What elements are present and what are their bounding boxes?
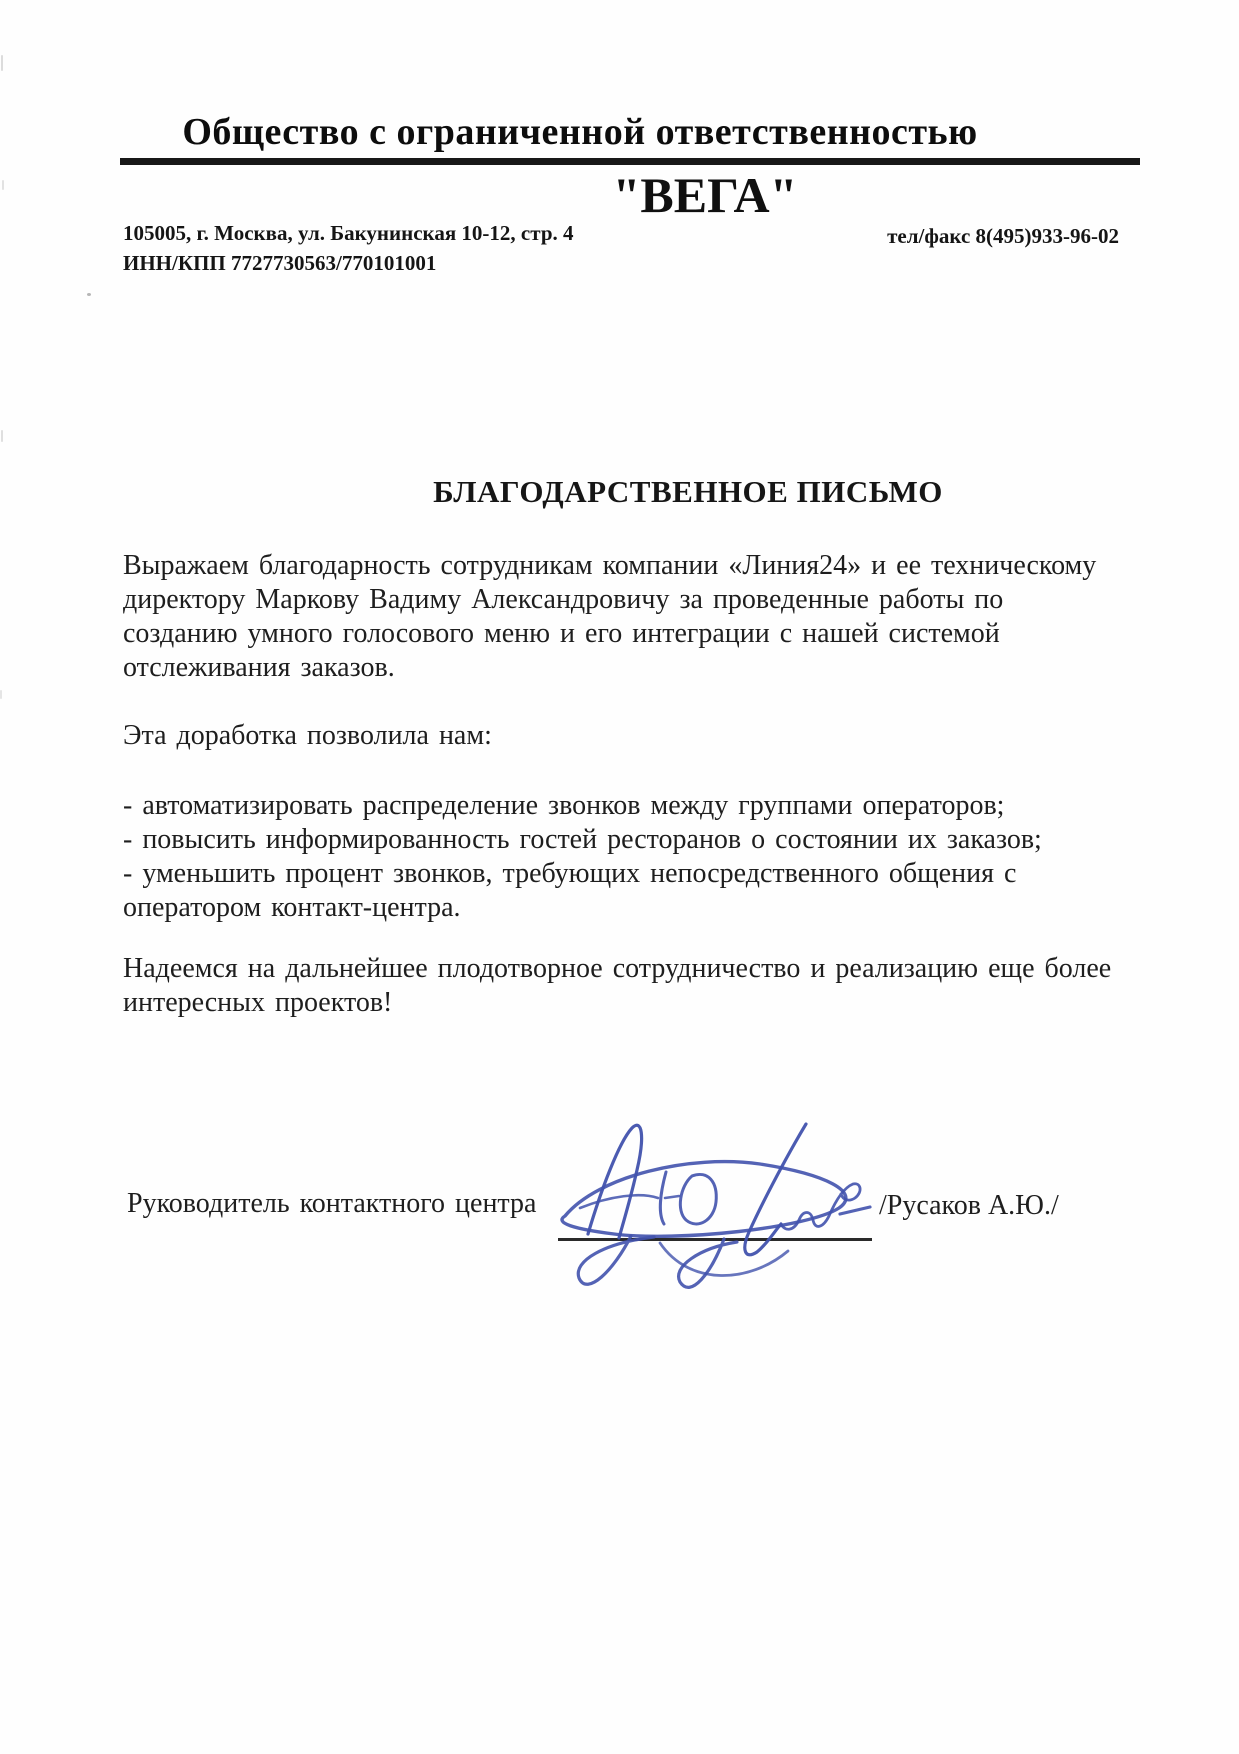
list-item: - повысить информированность гостей рест… xyxy=(123,823,1183,857)
paragraph-line: отслеживания заказов. xyxy=(123,651,1183,685)
signature-stroke xyxy=(745,1124,806,1255)
org-address: 105005, г. Москва, ул. Бакунинская 10-12… xyxy=(123,218,574,248)
scan-edge-artifact xyxy=(0,690,2,699)
org-phone-fax: тел/факс 8(495)933-96-02 xyxy=(887,218,1137,278)
org-inn-kpp: ИНН/КПП 7727730563/770101001 xyxy=(123,248,574,278)
signature-name-label: /Русаков А.Ю./ xyxy=(879,1190,1059,1222)
header-address-block: 105005, г. Москва, ул. Бакунинская 10-12… xyxy=(123,218,574,278)
scan-edge-artifact xyxy=(1,430,3,442)
signature-dash-stroke xyxy=(840,1207,870,1214)
paragraph-line: интересных проектов! xyxy=(123,986,1183,1020)
paragraph-gratitude: Выражаем благодарность сотрудникам компа… xyxy=(123,549,1183,685)
signature-stroke xyxy=(580,1195,658,1208)
signature-stroke xyxy=(665,1196,679,1198)
org-type-heading: Общество с ограниченной ответственностью xyxy=(73,110,1087,154)
paragraph-intro: Эта доработка позволила нам: xyxy=(123,719,1183,753)
org-name-heading: "ВЕГА" xyxy=(198,166,1212,224)
paragraph-line: созданию умного голосового меню и его ин… xyxy=(123,617,1183,651)
signature-stroke xyxy=(680,1174,716,1224)
list-item: - уменьшить процент звонков, требующих н… xyxy=(123,857,1183,891)
scan-edge-artifact xyxy=(2,180,4,190)
list-item-continuation: оператором контакт-центра. xyxy=(123,891,1183,925)
header-divider-rule xyxy=(120,158,1140,165)
handwritten-signature-ink xyxy=(538,1112,898,1312)
signature-role-label: Руководитель контактного центра xyxy=(127,1188,536,1220)
paragraph-line: директору Маркову Вадиму Александровичу … xyxy=(123,583,1183,617)
letter-title: БЛАГОДАРСТВЕННОЕ ПИСЬМО xyxy=(181,474,1195,510)
scan-edge-artifact xyxy=(1,55,3,71)
scanned-letter-page: Общество с ограниченной ответственностью… xyxy=(0,0,1239,1754)
list-item: - автоматизировать распределение звонков… xyxy=(123,789,1183,823)
signature-stroke xyxy=(578,1236,654,1284)
scan-speck xyxy=(87,293,91,296)
header-contact-row: 105005, г. Москва, ул. Бакунинская 10-12… xyxy=(123,218,1137,278)
benefits-list: - автоматизировать распределение звонков… xyxy=(123,789,1183,925)
paragraph-line: Надеемся на дальнейшее плодотворное сотр… xyxy=(123,952,1183,986)
paragraph-line: Выражаем благодарность сотрудникам компа… xyxy=(123,549,1183,583)
paragraph-line: Эта доработка позволила нам: xyxy=(123,719,1183,753)
paragraph-closing: Надеемся на дальнейшее плодотворное сотр… xyxy=(123,952,1183,1020)
signature-stroke xyxy=(679,1239,737,1287)
